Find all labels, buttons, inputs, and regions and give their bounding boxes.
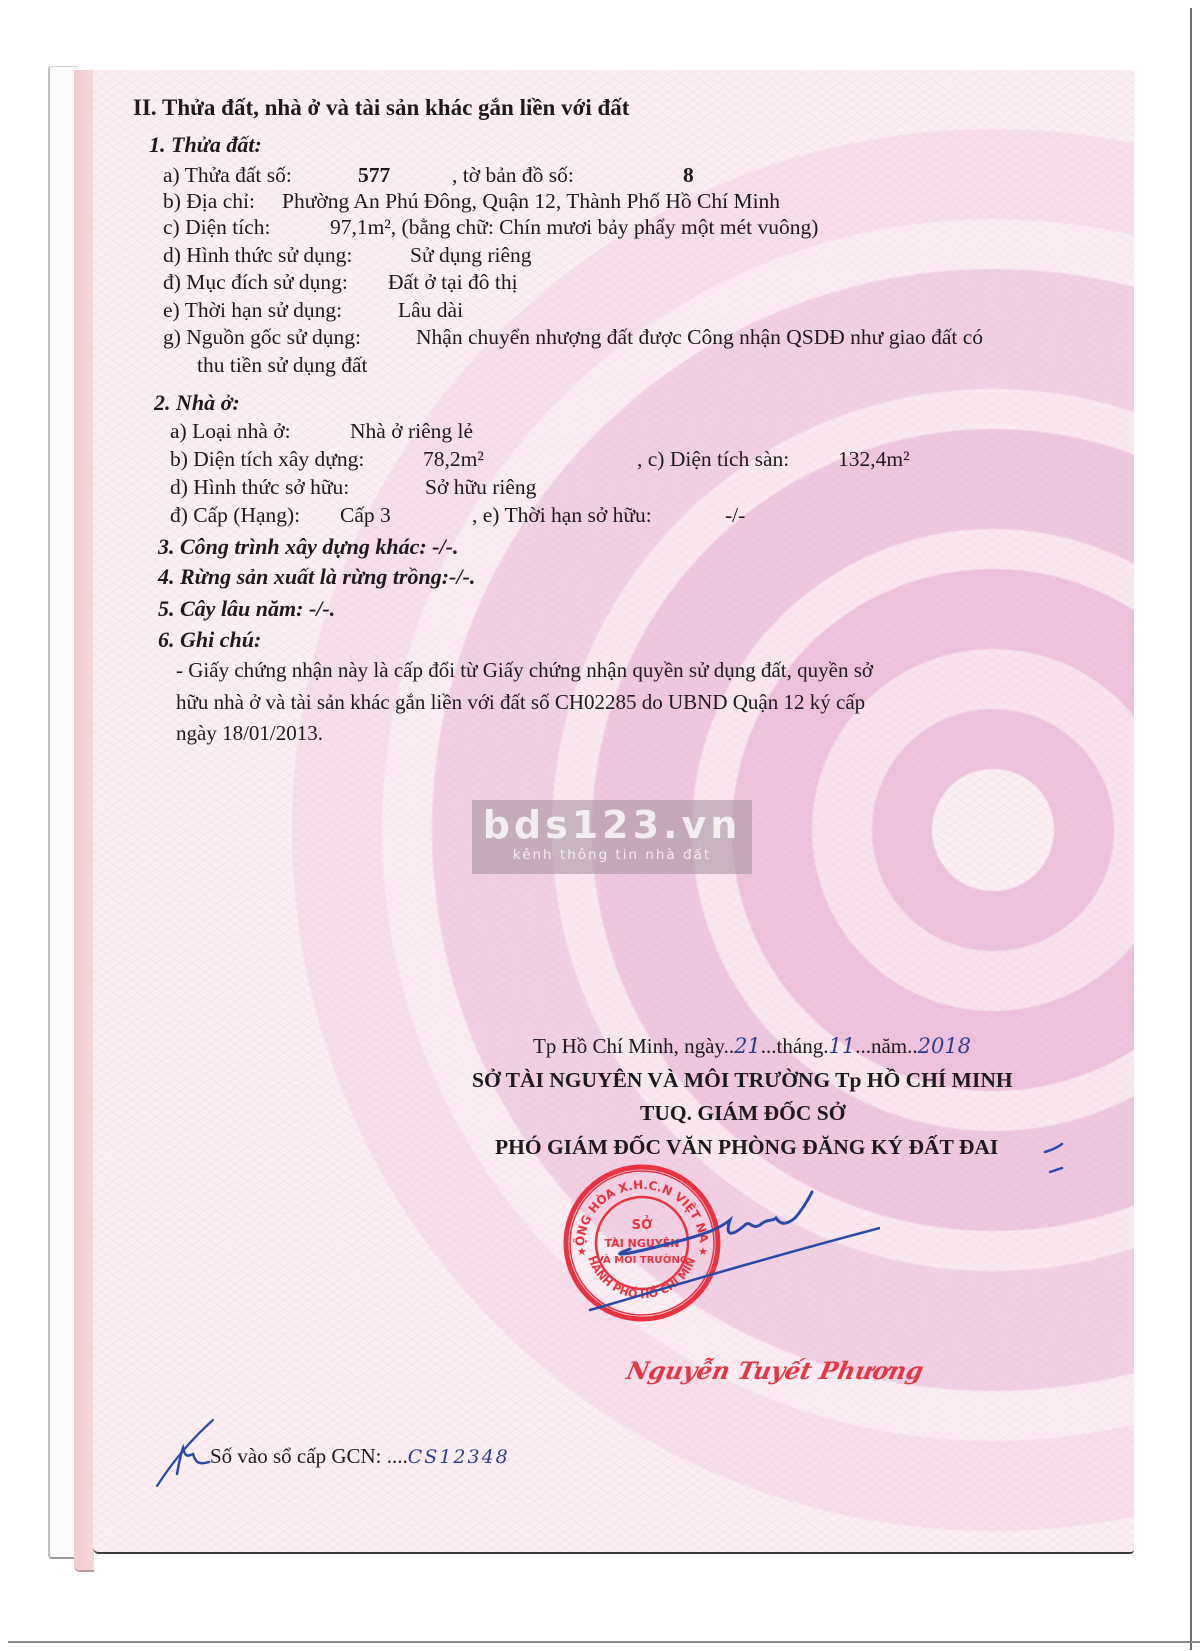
ownership-label: d) Hình thức sở hữu: xyxy=(170,477,349,499)
purpose-label: đ) Mục đích sử dụng: xyxy=(163,272,348,294)
own-term-value: -/- xyxy=(725,505,745,527)
section-title: II. Thửa đất, nhà ở và tài sản khác gắn … xyxy=(133,96,629,119)
month-label: tháng xyxy=(777,1034,824,1058)
parcel-label: a) Thửa đất số: xyxy=(163,165,292,187)
year-label: năm xyxy=(871,1034,907,1058)
signer-name: Nguyễn Tuyết Phương xyxy=(624,1356,926,1385)
notes-line2: hữu nhà ở và tài sản khác gắn liền với đ… xyxy=(176,692,865,713)
ownership-value: Sở hữu riêng xyxy=(425,477,536,499)
pink-page-edge xyxy=(74,70,94,1572)
purpose-value: Đất ở tại đô thị xyxy=(388,272,518,294)
map-sheet-number: 8 xyxy=(683,165,694,187)
watermark-title: bds123.vn xyxy=(472,804,752,846)
origin-value-line2: thu tiền sử dụng đất xyxy=(197,355,368,377)
own-term-label: , e) Thời hạn sở hữu: xyxy=(472,505,652,527)
use-form-value: Sử dụng riêng xyxy=(410,245,532,267)
origin-value-line1: Nhận chuyển nhượng đất được Công nhận QS… xyxy=(416,327,983,349)
registry-row: Số vào sổ cấp GCN: ....CS12348 xyxy=(210,1446,510,1467)
initial-mark-icon xyxy=(1040,1142,1080,1182)
address-value: Phường An Phú Đông, Quận 12, Thành Phố H… xyxy=(282,191,780,213)
map-sheet-label: , tờ bản đồ số: xyxy=(452,165,574,187)
notes-line3: ngày 18/01/2013. xyxy=(176,723,323,744)
issuing-agency: SỞ TÀI NGUYÊN VÀ MÔI TRƯỜNG Tp HỒ CHÍ MI… xyxy=(472,1070,1013,1092)
parcel-number: 577 xyxy=(358,165,390,187)
grade-label: đ) Cấp (Hạng): xyxy=(170,505,300,527)
place-date-prefix: Tp Hồ Chí Minh, ngày xyxy=(533,1034,724,1058)
address-label: b) Địa chỉ: xyxy=(163,191,255,213)
issue-month: 11 xyxy=(828,1034,855,1058)
scan-border-bottom xyxy=(8,1641,1200,1643)
term-label: e) Thời hạn sử dụng: xyxy=(163,300,342,322)
build-area-label: b) Diện tích xây dựng: xyxy=(170,449,364,471)
origin-label: g) Nguồn gốc sử dụng: xyxy=(163,327,361,349)
notes-line1: - Giấy chứng nhận này là cấp đổi từ Giấy… xyxy=(176,660,873,681)
scan-border-right xyxy=(1190,8,1192,1650)
use-form-label: d) Hình thức sử dụng: xyxy=(163,245,352,267)
term-value: Lâu dài xyxy=(398,300,463,322)
house-type-value: Nhà ở riêng lẻ xyxy=(350,421,473,443)
place-date-line: Tp Hồ Chí Minh, ngày..21...tháng.11...nă… xyxy=(533,1036,971,1057)
perennial-trees: 5. Cây lâu năm: -/-. xyxy=(158,598,335,620)
land-heading: 1. Thửa đất: xyxy=(149,134,262,156)
watermark-subtitle: kênh thông tin nhà đất xyxy=(472,846,752,864)
signer-position: PHÓ GIÁM ĐỐC VĂN PHÒNG ĐĂNG KÝ ĐẤT ĐAI xyxy=(495,1137,998,1159)
area-value: 97,1m², (bằng chữ: Chín mươi bảy phẩy mộ… xyxy=(330,217,818,239)
handwritten-signature-icon xyxy=(580,1180,880,1320)
other-works: 3. Công trình xây dựng khác: -/-. xyxy=(158,536,458,558)
build-area-value: 78,2m² xyxy=(423,449,484,471)
house-type-label: a) Loại nhà ở: xyxy=(170,421,291,443)
floor-area-label: , c) Diện tích sàn: xyxy=(637,449,789,471)
notes-heading: 6. Ghi chú: xyxy=(158,629,261,651)
registry-label: Số vào sổ cấp GCN: xyxy=(210,1444,382,1468)
grade-value: Cấp 3 xyxy=(340,505,391,527)
issue-year: 2018 xyxy=(918,1034,971,1058)
authority-line: TUQ. GIÁM ĐỐC SỞ xyxy=(640,1103,845,1125)
production-forest: 4. Rừng sản xuất là rừng trồng:-/-. xyxy=(158,566,475,588)
watermark-banner: bds123.vn kênh thông tin nhà đất xyxy=(472,800,752,874)
issue-day: 21 xyxy=(734,1034,761,1058)
house-heading: 2. Nhà ở: xyxy=(154,392,240,414)
registry-number: CS12348 xyxy=(408,1446,510,1468)
floor-area-value: 132,4m² xyxy=(838,449,910,471)
area-label: c) Diện tích: xyxy=(163,217,270,239)
